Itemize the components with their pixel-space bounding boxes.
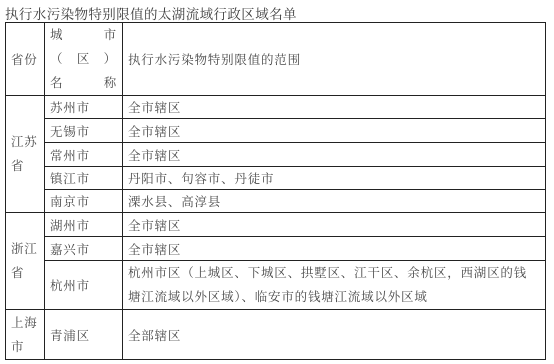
city-cell: 无锡市 <box>45 119 123 143</box>
city-cell: 常州市 <box>45 143 123 167</box>
table-row: 杭州市 杭州市区（上城区、下城区、拱墅区、江干区、余杭区，西湖区的钱塘江流域以外… <box>6 261 546 310</box>
city-cell: 杭州市 <box>45 261 123 310</box>
scope-cell: 全市辖区 <box>123 237 546 261</box>
table-row: 南京市 溧水县、高淳县 <box>6 190 546 213</box>
scope-cell: 杭州市区（上城区、下城区、拱墅区、江干区、余杭区，西湖区的钱塘江流域以外区域）、… <box>123 261 546 310</box>
table-row: 镇江市 丹阳市、句容市、丹徒市 <box>6 167 546 190</box>
header-province: 省份 <box>6 23 45 96</box>
table-header-row: 省份 城 市（ 区 ）名 称 执行水污染物特别限值的范围 <box>6 23 546 96</box>
table-row: 无锡市 全市辖区 <box>6 119 546 143</box>
province-cell-zhejiang: 浙江省 <box>6 213 45 310</box>
header-city: 城 市（ 区 ）名 称 <box>45 23 123 96</box>
scope-cell: 丹阳市、句容市、丹徒市 <box>123 167 546 190</box>
scope-cell: 溧水县、高淳县 <box>123 190 546 213</box>
header-scope: 执行水污染物特别限值的范围 <box>123 23 546 96</box>
scope-cell: 全部辖区 <box>123 310 546 360</box>
table-row: 浙江省 湖州市 全市辖区 <box>6 213 546 237</box>
scope-cell: 全市辖区 <box>123 119 546 143</box>
province-cell-jiangsu: 江苏省 <box>6 96 45 213</box>
scope-cell: 全市辖区 <box>123 96 546 119</box>
city-cell: 苏州市 <box>45 96 123 119</box>
city-cell: 湖州市 <box>45 213 123 237</box>
table-row: 嘉兴市 全市辖区 <box>6 237 546 261</box>
table-row: 上海市 青浦区 全部辖区 <box>6 310 546 360</box>
table-row: 江苏省 苏州市 全市辖区 <box>6 96 546 119</box>
taihu-region-table: 省份 城 市（ 区 ）名 称 执行水污染物特别限值的范围 江苏省 苏州市 全市辖… <box>5 22 546 360</box>
city-cell: 南京市 <box>45 190 123 213</box>
city-cell: 嘉兴市 <box>45 237 123 261</box>
table-row: 常州市 全市辖区 <box>6 143 546 167</box>
province-cell-shanghai: 上海市 <box>6 310 45 360</box>
scope-cell: 全市辖区 <box>123 143 546 167</box>
city-cell: 青浦区 <box>45 310 123 360</box>
document-title: 执行水污染物特别限值的太湖流域行政区域名单 <box>5 3 297 23</box>
scope-cell: 全市辖区 <box>123 213 546 237</box>
city-cell: 镇江市 <box>45 167 123 190</box>
